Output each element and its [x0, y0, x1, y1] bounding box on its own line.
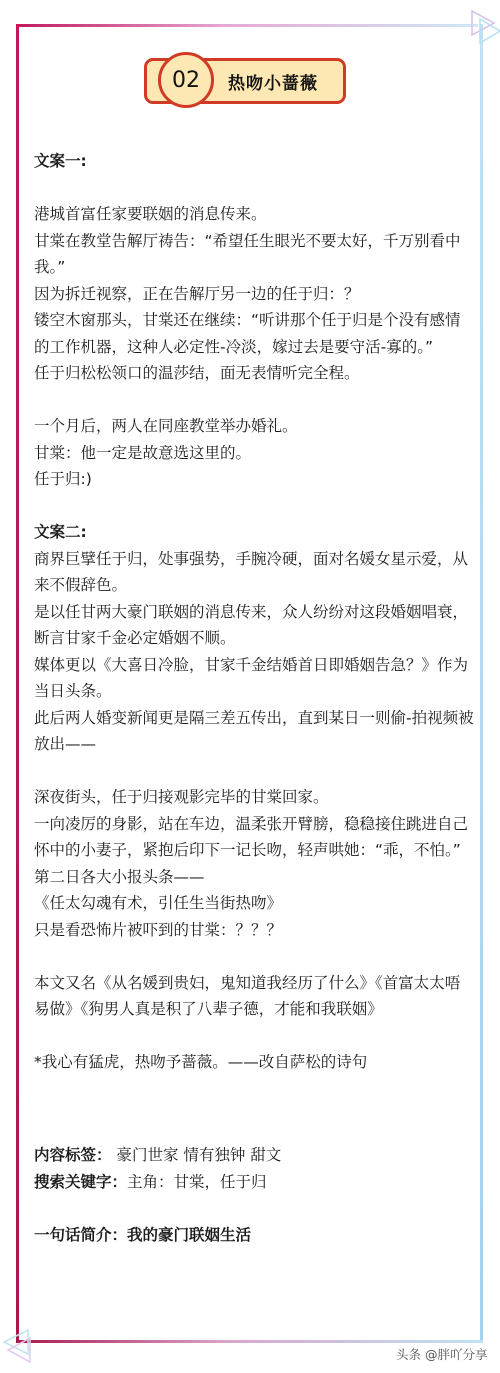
paragraph: 甘棠：他一定是故意选这里的。	[34, 440, 474, 467]
paragraph: 一向凌厉的身影，站在车边，温柔张开臂膀，稳稳接住跳进自己怀中的小妻子，紧抱后印下…	[34, 811, 474, 864]
alt-titles: 本文又名《从名媛到贵妇，鬼知道我经历了什么》《首富太太唔易做》《狗男人真是积了八…	[34, 970, 474, 1023]
frame-top-border	[16, 24, 478, 27]
paragraph: 一个月后，两人在同座教堂举办婚礼。	[34, 413, 474, 440]
document-page: 02 热吻小蔷薇 文案一: 港城首富任家要联姻的消息传来。 甘棠在教堂告解厅祷告…	[0, 0, 500, 1373]
paragraph: 因为拆迁视察，正在告解厅另一边的任于归：？	[34, 281, 474, 308]
triangle-arrow-icon	[468, 8, 500, 48]
paragraph: 商界巨擘任于归，处事强势，手腕冷硬，面对名媛女星示爱，从来不假辞色。	[34, 546, 474, 599]
paragraph: 任于归松松领口的温莎结，面无表情听完全程。	[34, 360, 474, 387]
paragraph: 此后两人婚变新闻更是隔三差五传出，直到某日一则偷-拍视频被放出——	[34, 705, 474, 758]
paragraph: 镂空木窗那头，甘棠还在继续：“听讲那个任于归是个没有感情的工作机器，这种人必定性…	[34, 307, 474, 360]
paragraph: 媒体更以《大喜日冷脸，甘家千金结婚首日即婚姻告急？》作为当日头条。	[34, 652, 474, 705]
frame-right-border	[480, 24, 483, 1340]
keywords-row: 搜索关键字：主角：甘棠，任于归	[34, 1169, 474, 1196]
keywords-value: 主角：甘棠，任于归	[127, 1173, 267, 1191]
article-body: 文案一: 港城首富任家要联姻的消息传来。 甘棠在教堂告解厅祷告：“希望任生眼光不…	[34, 148, 474, 1248]
frame-bottom-border	[16, 1340, 483, 1343]
summary-value: 我的豪门联姻生活	[127, 1226, 251, 1244]
tags-row: 内容标签： 豪门世家 情有独钟 甜文	[34, 1142, 474, 1169]
summary-row: 一句话简介：我的豪门联姻生活	[34, 1222, 474, 1249]
paragraph: 《任太勾魂有术，引任生当街热吻》	[34, 890, 474, 917]
summary-label: 一句话简介：	[34, 1226, 127, 1244]
tags-value: 豪门世家 情有独钟 甜文	[112, 1146, 282, 1164]
frame-left-border	[16, 24, 19, 1340]
paragraph: 是以任甘两大豪门联姻的消息传来，众人纷纷对这段婚姻唱衰，断言甘家千金必定婚姻不顺…	[34, 599, 474, 652]
triangle-arrow-icon	[0, 1322, 34, 1364]
paragraph: 甘棠在教堂告解厅祷告：“希望任生眼光不要太好，千万别看中我。”	[34, 228, 474, 281]
badge-number: 02	[158, 52, 214, 108]
keywords-label: 搜索关键字：	[34, 1173, 127, 1191]
paragraph: 任于归:)	[34, 466, 474, 493]
quote: *我心有猛虎，热吻予蔷薇。——改自萨松的诗句	[34, 1049, 474, 1076]
section1-heading: 文案一:	[34, 148, 474, 175]
section2-heading: 文案二:	[34, 519, 474, 546]
tags-label: 内容标签：	[34, 1146, 112, 1164]
paragraph: 港城首富任家要联姻的消息传来。	[34, 201, 474, 228]
paragraph: 深夜街头，任于归接观影完毕的甘棠回家。	[34, 784, 474, 811]
badge-title: 热吻小蔷薇	[228, 66, 318, 96]
paragraph: 第二日各大小报头条——	[34, 864, 474, 891]
watermark: 头条 @胖吖分享	[396, 1345, 487, 1363]
paragraph: 只是看恐怖片被吓到的甘棠：？？？	[34, 917, 474, 944]
